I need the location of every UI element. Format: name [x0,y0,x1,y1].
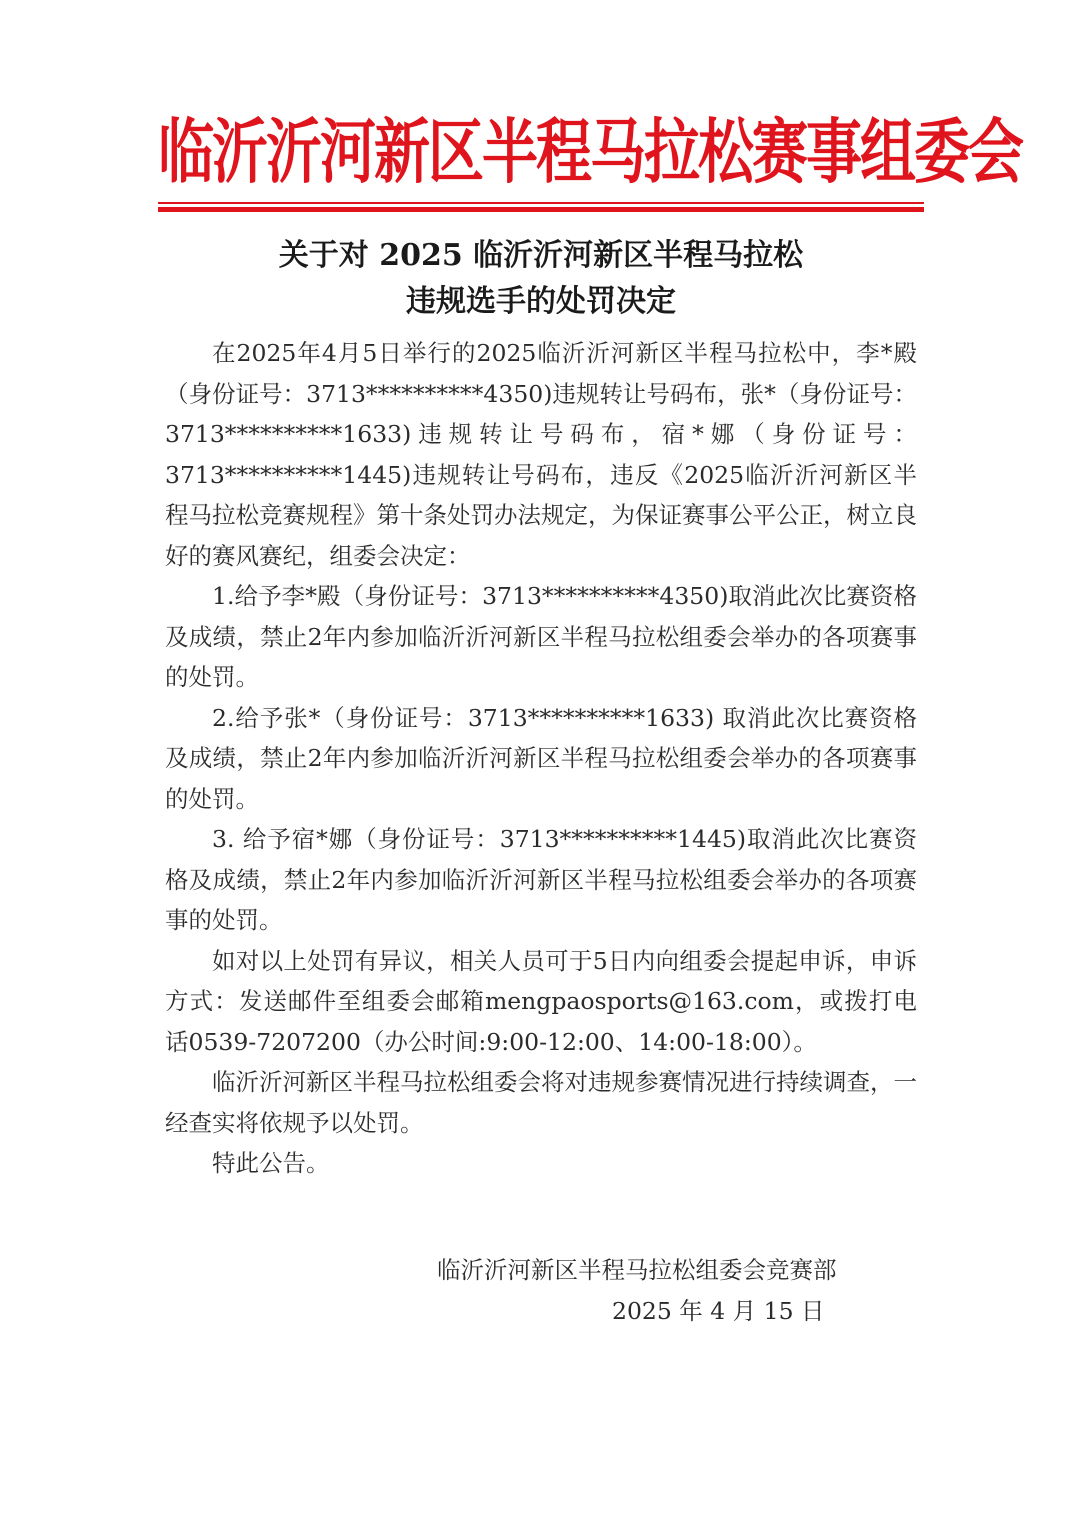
paragraph-penalty-3: 3. 给予宿*娜（身份证号：3713**********1445)取消此次比赛资… [165,819,917,941]
paragraph-penalty-1: 1.给予李*殿（身份证号：3713**********4350)取消此次比赛资格… [165,576,917,698]
paragraph-closing: 特此公告。 [165,1143,917,1184]
document-page: 临沂沂河新区半程马拉松赛事组委会 关于对 2025 临沂沂河新区半程马拉松 违规… [0,0,1080,1528]
header-divider-thick [158,207,924,212]
paragraph-violation-summary: 在2025年4月5日举行的2025临沂沂河新区半程马拉松中，李*殿（身份证号：3… [165,333,917,576]
paragraph-penalty-2: 2.给予张*（身份证号：3713**********1633) 取消此次比赛资格… [165,698,917,820]
signature-department: 临沂沂河新区半程马拉松组委会竞赛部 [437,1250,917,1290]
paragraph-investigation: 临沂沂河新区半程马拉松组委会将对违规参赛情况进行持续调查，一经查实将依规予以处罚… [165,1062,917,1143]
document-title-line-2: 违规选手的处罚决定 [158,282,924,322]
organization-header: 临沂沂河新区半程马拉松赛事组委会 [158,97,924,207]
signature-date: 2025 年 4 月 15 日 [612,1291,825,1331]
header-divider-thin [158,202,924,204]
paragraph-appeal-info: 如对以上处罚有异议，相关人员可于5日内向组委会提起申诉，申诉方式：发送邮件至组委… [165,941,917,1063]
document-body: 在2025年4月5日举行的2025临沂沂河新区半程马拉松中，李*殿（身份证号：3… [165,333,917,1184]
document-title-line-1: 关于对 2025 临沂沂河新区半程马拉松 [158,236,924,276]
